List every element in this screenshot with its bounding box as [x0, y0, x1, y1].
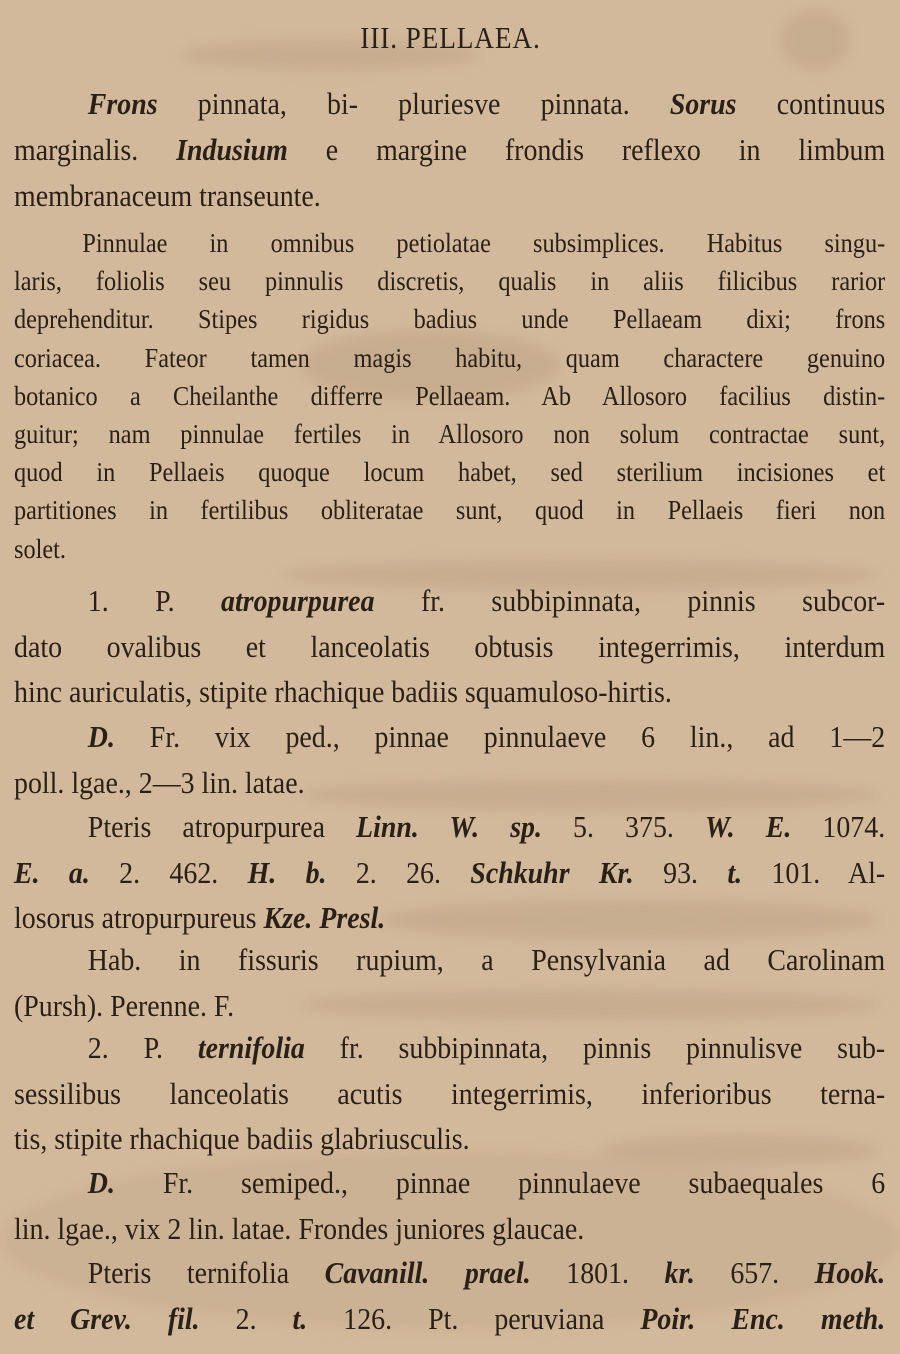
text-run: hinc auriculatis, stipite rhachique badi… — [14, 674, 672, 709]
species-habitat-line: Hab. in fissuris rupium, a Pensylvania a… — [14, 942, 885, 978]
text-run: 1. — [88, 583, 155, 618]
species-diagnosis-line: dato ovalibus et lanceolatis obtusis int… — [14, 629, 885, 665]
species-diagnosis-line: hinc auriculatis, stipite rhachique badi… — [14, 674, 885, 710]
text-run: poll. lgae., 2—3 lin. latae. — [14, 765, 305, 800]
text-run: quod in Pellaeis quoque locum habet, sed… — [14, 457, 885, 487]
species-diagnosis-line: tis, stipite rhachique badiis glabriuscu… — [14, 1121, 885, 1157]
genus-diagnosis-line: marginalis. Indusium e margine frondis r… — [14, 132, 885, 168]
text-run: lin. lgae., vix 2 lin. latae. Frondes ju… — [14, 1211, 584, 1246]
text-run: 1801. — [531, 1255, 665, 1290]
text-run: 657. — [695, 1255, 815, 1290]
species-synonymy-line: losorus atropurpureus Kze. Presl. — [14, 900, 885, 936]
genus-note-line: botanico a Cheilanthe differre Pellaeam.… — [14, 381, 885, 412]
bold-italic-term: Sorus — [670, 86, 737, 121]
species-diagnosis-line: 1. P. atropurpurea fr. subbipinnata, pin… — [14, 583, 885, 619]
text-run: 101. Al- — [742, 855, 885, 890]
genus-note-line: guitur; nam pinnulae fertiles in Allosor… — [14, 419, 885, 450]
species-synonymy-line: Pteris atropurpurea Linn. W. sp. 5. 375.… — [14, 809, 885, 845]
text-run: fr. subbipinnata, pinnis pinnulisve sub- — [305, 1030, 885, 1065]
genus-note-line: quod in Pellaeis quoque locum habet, sed… — [14, 457, 885, 488]
text-run: 2. 462. — [90, 855, 248, 890]
genus-note-line: solet. — [14, 534, 885, 565]
text-run: 2. — [200, 1301, 293, 1336]
section-title: III. PELLAEA. — [0, 20, 900, 56]
bold-italic-term: t. — [727, 855, 742, 890]
text-run: deprehenditur. Stipes rigidus badius und… — [14, 304, 885, 334]
species-diagnosis-line: 2. P. ternifolia fr. subbipinnata, pinni… — [14, 1030, 885, 1066]
text-run: marginalis. — [14, 132, 176, 167]
text-run: 5. 375. — [542, 809, 705, 844]
species-description-line: D. Fr. vix ped., pinnae pinnulaeve 6 lin… — [14, 719, 885, 755]
species-synonymy-line: et Grev. fil. 2. t. 126. Pt. peruviana P… — [14, 1301, 885, 1337]
text-run: fr. subbipinnata, pinnis subcor- — [375, 583, 886, 618]
genus-diagnosis-line: Frons pinnata, bi- pluriesve pinnata. So… — [14, 86, 885, 122]
text-run: 126. Pt. peruviana — [307, 1301, 640, 1336]
text-run: e margine frondis reflexo in limbum — [288, 132, 885, 167]
species-diagnosis-line: sessilibus lanceolatis acutis integerrim… — [14, 1076, 885, 1112]
text-run: P. — [144, 1030, 198, 1065]
bold-italic-term: ternifolia — [198, 1030, 305, 1065]
species-synonymy-line: E. a. 2. 462. H. b. 2. 26. Schkuhr Kr. 9… — [14, 855, 885, 891]
bold-italic-term: D. — [88, 719, 115, 754]
text-run: Fr. semiped., pinnae pinnulaeve subaequa… — [115, 1165, 885, 1200]
text-run: membranaceum transeunte. — [14, 178, 321, 213]
text-run: partitiones in fertilibus obliteratae su… — [14, 495, 885, 525]
species-synonymy-line: Pteris ternifolia Cavanill. prael. 1801.… — [14, 1255, 885, 1291]
text-run: (Pursh). Perenne. F. — [14, 988, 234, 1023]
genus-note-line: Pinnulae in omnibus petiolatae subsimpli… — [14, 228, 885, 259]
bold-italic-term: et Grev. fil. — [14, 1301, 200, 1336]
genus-note-line: laris, foliolis seu pinnulis discretis, … — [14, 266, 885, 297]
text-run: Fr. vix ped., pinnae pinnulaeve 6 lin., … — [115, 719, 885, 754]
bold-italic-term: W. E. — [705, 809, 791, 844]
text-run: botanico a Cheilanthe differre Pellaeam.… — [14, 381, 885, 411]
text-run: 2. 26. — [327, 855, 471, 890]
bold-italic-term: D. — [88, 1165, 115, 1200]
text-run: Pteris atropurpurea — [88, 809, 356, 844]
text-run: coriacea. Fateor tamen magis habitu, qua… — [14, 343, 885, 373]
genus-diagnosis-line: membranaceum transeunte. — [14, 178, 885, 214]
bold-italic-term: Hook. — [815, 1255, 886, 1290]
species-habitat-line: (Pursh). Perenne. F. — [14, 988, 885, 1024]
text-run: Pinnulae in omnibus petiolatae subsimpli… — [82, 228, 885, 258]
text-run: guitur; nam pinnulae fertiles in Allosor… — [14, 419, 885, 449]
text-run: Hab. in fissuris rupium, a Pensylvania a… — [88, 942, 885, 977]
text-run: 1074. — [791, 809, 885, 844]
bold-italic-term: Frons — [88, 86, 158, 121]
text-run: P. — [155, 583, 221, 618]
text-run: continuus — [737, 86, 886, 121]
genus-note-line: partitiones in fertilibus obliteratae su… — [14, 495, 885, 526]
bold-italic-term: Linn. W. sp. — [356, 809, 542, 844]
bold-italic-term: t. — [293, 1301, 308, 1336]
bold-italic-term: Indusium — [176, 132, 288, 167]
bold-italic-term: H. b. — [248, 855, 327, 890]
genus-note-line: deprehenditur. Stipes rigidus badius und… — [14, 304, 885, 335]
text-run: 93. — [634, 855, 728, 890]
bold-italic-term: Schkuhr Kr. — [470, 855, 633, 890]
bold-italic-term: Cavanill. prael. — [325, 1255, 531, 1290]
text-run: pinnata, bi- pluriesve pinnata. — [158, 86, 670, 121]
bold-italic-term: E. a. — [14, 855, 90, 890]
text-run: sessilibus lanceolatis acutis integerrim… — [14, 1076, 885, 1111]
text-run: laris, foliolis seu pinnulis discretis, … — [14, 266, 885, 296]
species-description-line: D. Fr. semiped., pinnae pinnulaeve subae… — [14, 1165, 885, 1201]
text-run: 2. — [88, 1030, 144, 1065]
text-run: Pteris ternifolia — [88, 1255, 325, 1290]
text-run: dato ovalibus et lanceolatis obtusis int… — [14, 629, 885, 664]
text-run: losorus atropurpureus — [14, 900, 264, 935]
species-description-line: poll. lgae., 2—3 lin. latae. — [14, 765, 885, 801]
genus-note-line: coriacea. Fateor tamen magis habitu, qua… — [14, 343, 885, 374]
text-run: tis, stipite rhachique badiis glabriuscu… — [14, 1121, 470, 1156]
bold-italic-term: Kze. Presl. — [264, 900, 386, 935]
bold-italic-term: kr. — [665, 1255, 695, 1290]
bold-italic-term: Poir. Enc. meth. — [640, 1301, 885, 1336]
bold-italic-term: atropurpurea — [221, 583, 374, 618]
text-run: solet. — [14, 534, 66, 564]
species-description-line: lin. lgae., vix 2 lin. latae. Frondes ju… — [14, 1211, 885, 1247]
